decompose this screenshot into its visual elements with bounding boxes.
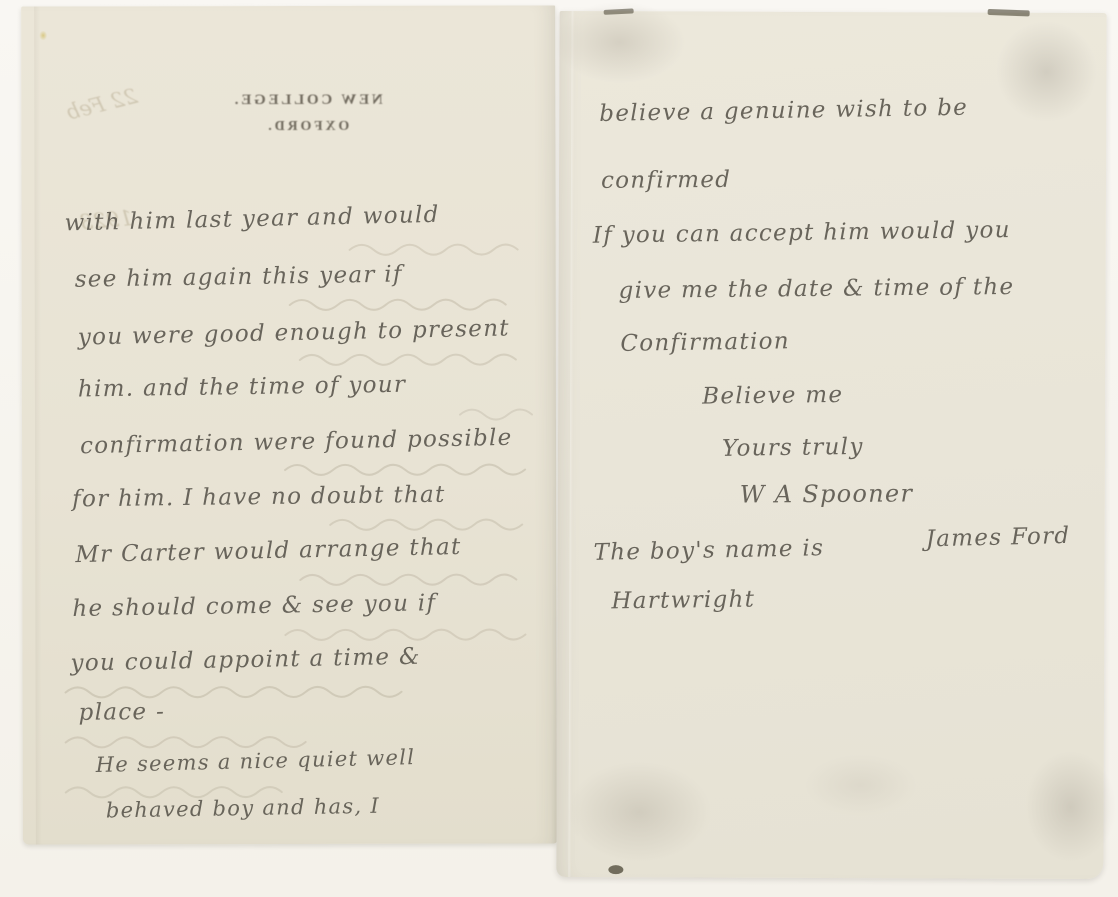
- handwriting-line: confirmed: [601, 167, 731, 194]
- handwriting-line: believe a genuine wish to be: [599, 95, 968, 127]
- stain-top-right: [995, 21, 1097, 123]
- edge-speck: [608, 865, 623, 874]
- right-page-fold-crease: [568, 11, 574, 877]
- postscript-line: The boy's name is: [593, 535, 824, 566]
- closing-line: Believe me: [702, 382, 843, 410]
- edge-nick: [988, 9, 1030, 17]
- handwriting-line: you were good enough to present: [78, 315, 511, 350]
- right-page: believe a genuine wish to be confirmed I…: [556, 11, 1106, 879]
- letter-photo: NEW COLLEGE. OXFORD. 22 Feb 1923 wit: [0, 0, 1118, 897]
- postscript-name: James Ford: [925, 523, 1070, 552]
- stain-bottom-right: [1024, 751, 1116, 863]
- handwriting-line: behaved boy and has, I: [106, 794, 381, 823]
- edge-nick: [604, 8, 634, 14]
- stain-top-left: [553, 1, 685, 84]
- handwriting-line: him. and the time of your: [78, 372, 407, 403]
- signature: W A Spooner: [740, 479, 914, 508]
- handwriting-line: He seems a nice quiet well: [95, 745, 415, 777]
- handwriting-line: place -: [78, 699, 165, 726]
- handwriting-line: see him again this year if: [75, 261, 403, 292]
- postscript-surname: Hartwright: [611, 586, 755, 614]
- letterhead-ghost: NEW COLLEGE. OXFORD.: [169, 92, 445, 136]
- handwriting-line: he should come & see you if: [72, 590, 436, 622]
- handwriting-line: confirmation were found possible: [80, 425, 513, 459]
- left-page: NEW COLLEGE. OXFORD. 22 Feb 1923 wit: [21, 5, 557, 844]
- handwriting-line: give me the date & time of the: [618, 274, 1014, 304]
- stain-bottom-left: [566, 761, 711, 864]
- ghost-date-day: 22 Feb: [63, 84, 139, 125]
- stain-bottom-center: [805, 754, 917, 816]
- left-page-crease: [34, 7, 42, 845]
- handwriting-line: Confirmation: [620, 328, 790, 357]
- handwriting-line: Mr Carter would arrange that: [75, 534, 462, 568]
- paper-spot: [39, 31, 47, 41]
- letterhead-city: OXFORD.: [169, 119, 445, 136]
- handwriting-line: you could appoint a time &: [70, 644, 421, 677]
- closing-line: Yours truly: [722, 434, 864, 462]
- letterhead-college: NEW COLLEGE.: [169, 92, 445, 110]
- handwriting-line: If you can accept him would you: [593, 217, 1011, 249]
- handwriting-line: for him. I have no doubt that: [72, 482, 446, 513]
